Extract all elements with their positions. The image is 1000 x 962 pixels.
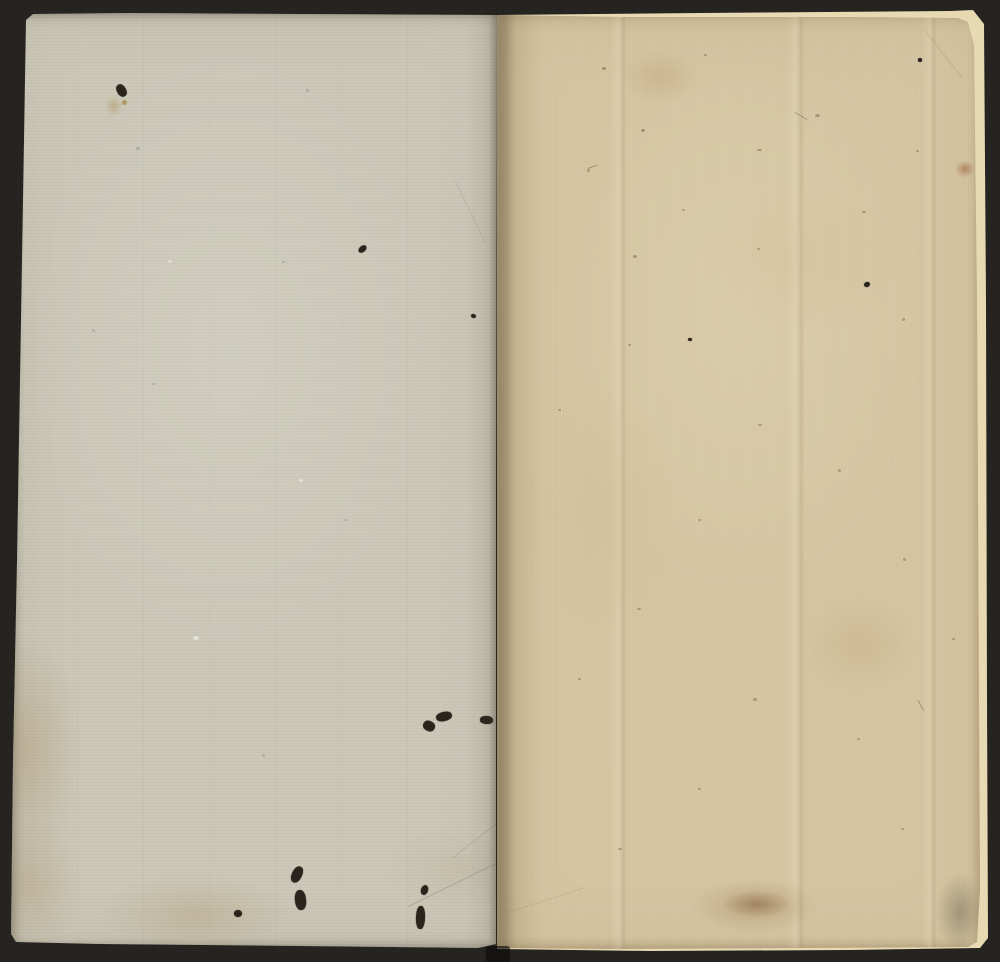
paper-speck [637,608,641,610]
gutter-shadow [468,15,542,948]
paper-speck [815,114,820,117]
ink-mark [114,83,128,99]
paper-speck [838,469,841,472]
paper-speck [758,424,762,426]
paper-speck [857,738,860,740]
paper-speck [587,169,590,172]
paper-speck [916,150,919,152]
paper-speck [152,383,155,385]
paper-speck [633,255,637,258]
ink-mark [289,865,305,885]
fold-crease-band [610,0,626,962]
paper-crease [795,112,808,120]
paper-speck [344,519,347,521]
paper-speck [299,479,303,482]
paper-speck [578,678,581,680]
paper-speck [682,209,685,211]
paper-stain [520,380,680,640]
ink-mark [918,58,922,62]
paper-speck [753,698,757,701]
scan-background [0,0,1000,962]
paper-stain [690,878,820,933]
paper-speck [641,129,645,132]
ink-mark [420,884,430,896]
paper-stain [0,815,85,955]
paper-speck [282,261,285,263]
paper-speck [757,149,762,151]
paper-speck [704,54,707,56]
fold-crease-band [786,0,804,962]
paper-stain [700,180,900,340]
paper-stain [800,595,920,695]
paper-speck [618,848,622,850]
paper-speck [168,260,172,263]
fold-crease-band [922,0,936,962]
paper-speck [698,788,701,790]
paper-speck [903,558,906,561]
paper-stain [722,890,792,918]
paper-speck [698,519,701,521]
paper-crease [918,700,925,711]
paper-speck [952,638,955,640]
paper-stain [95,872,295,957]
paper-speck [92,329,95,332]
paper-speck [602,67,606,70]
ink-mark [688,338,692,341]
paper-speck [628,344,631,346]
paper-crease [588,165,598,169]
ink-mark [357,244,368,254]
ink-mark [435,710,453,722]
paper-speck [757,248,760,250]
paper-speck [136,147,140,150]
paper-speck [902,318,905,321]
paper-speck [862,211,866,213]
paper-stain [105,95,123,117]
paper-speck [262,754,265,757]
paper-stain [955,160,975,178]
paper-speck [901,828,904,830]
ink-mark [234,910,242,917]
paper-stain [620,50,700,105]
paper-crease [925,30,963,78]
ink-mark [416,906,426,929]
paper-speck [306,89,309,92]
ink-mark [421,719,436,733]
ink-mark [294,889,307,910]
gutter-bottom-notch [486,946,510,962]
ink-mark [863,281,870,288]
paper-speck [122,100,127,105]
paper-speck [558,409,561,411]
paper-speck [193,636,199,640]
